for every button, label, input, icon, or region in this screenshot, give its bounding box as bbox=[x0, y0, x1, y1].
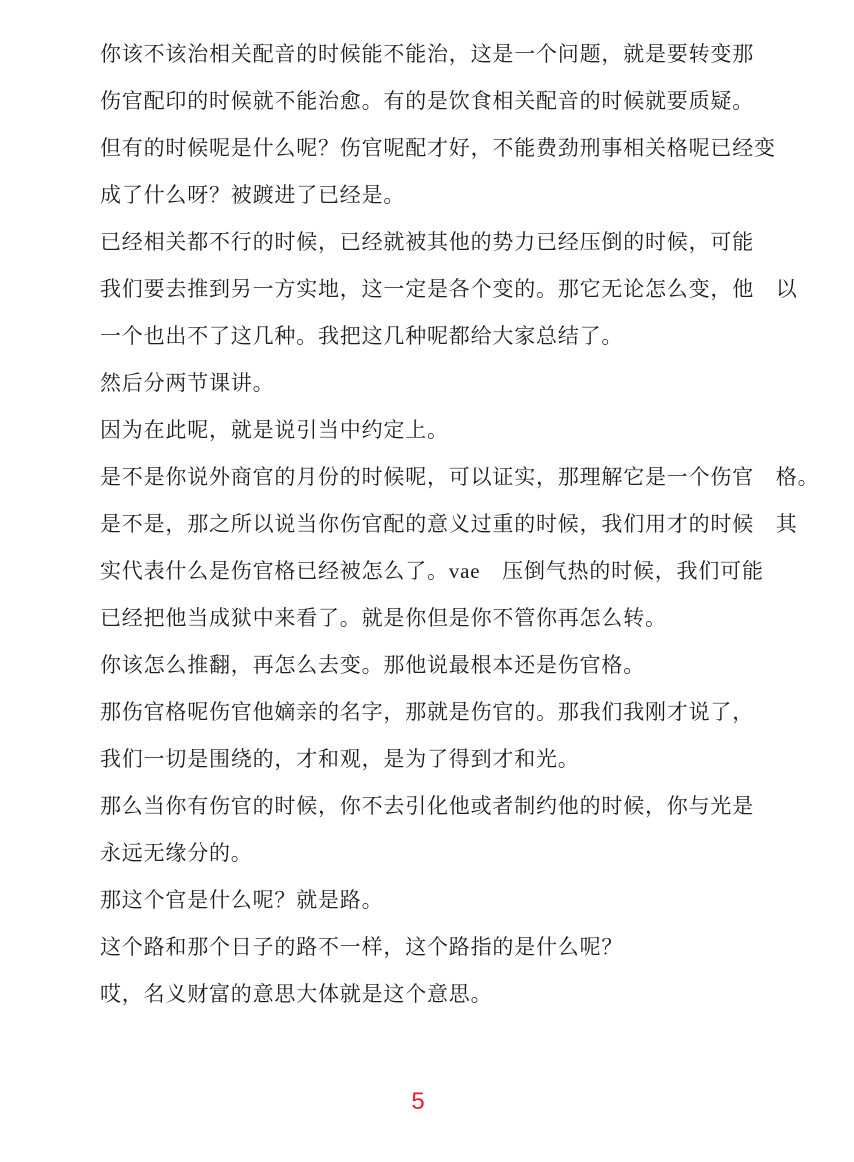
text-line: 但有的时候呢是什么呢？伤官呢配才好，不能费劲刑事相关格呢已经变 bbox=[100, 125, 768, 172]
text-line: 因为在此呢，就是说引当中约定上。 bbox=[100, 407, 768, 454]
paragraph: 然后分两节课讲。 bbox=[100, 360, 768, 407]
document-page: 你该不该治相关配音的时候能不能治，这是一个问题，就是要转变那 伤官配印的时候就不… bbox=[100, 31, 768, 1018]
text-line: 是不是，那之所以说当你伤官配的意义过重的时候，我们用才的时候 其 bbox=[100, 501, 768, 548]
paragraph: 已经相关都不行的时候，已经就被其他的势力已经压倒的时候，可能 我们要去推到另一方… bbox=[100, 219, 768, 360]
text-line: 成了什么呀？被踱进了已经是。 bbox=[100, 172, 768, 219]
text-line: 哎，名义财富的意思大体就是这个意思。 bbox=[100, 971, 768, 1018]
text-line: 我们一切是围绕的，才和观，是为了得到才和光。 bbox=[100, 736, 768, 783]
text-line: 那伤官格呢伤官他嫡亲的名字，那就是伤官的。那我们我刚才说了， bbox=[100, 689, 768, 736]
text-line: 已经相关都不行的时候，已经就被其他的势力已经压倒的时候，可能 bbox=[100, 219, 768, 266]
paragraph: 但有的时候呢是什么呢？伤官呢配才好，不能费劲刑事相关格呢已经变 成了什么呀？被踱… bbox=[100, 125, 768, 219]
paragraph: 哎，名义财富的意思大体就是这个意思。 bbox=[100, 971, 768, 1018]
paragraph: 这个路和那个日子的路不一样，这个路指的是什么呢？ bbox=[100, 924, 768, 971]
text-line: 这个路和那个日子的路不一样，这个路指的是什么呢？ bbox=[100, 924, 768, 971]
page-number: 5 bbox=[100, 1086, 736, 1118]
paragraph: 你该不该治相关配音的时候能不能治，这是一个问题，就是要转变那 伤官配印的时候就不… bbox=[100, 31, 768, 125]
paragraph: 因为在此呢，就是说引当中约定上。 bbox=[100, 407, 768, 454]
text-line: 是不是你说外商官的月份的时候呢，可以证实，那理解它是一个伤官 格。 bbox=[100, 454, 768, 501]
text-line: 然后分两节课讲。 bbox=[100, 360, 768, 407]
text-line: 永远无缘分的。 bbox=[100, 830, 768, 877]
paragraph: 那么当你有伤官的时候，你不去引化他或者制约他的时候，你与光是 永远无缘分的。 bbox=[100, 783, 768, 877]
paragraph: 是不是你说外商官的月份的时候呢，可以证实，那理解它是一个伤官 格。 bbox=[100, 454, 768, 501]
text-line: 实代表什么是伤官格已经被怎么了。vae 压倒气热的时候，我们可能 bbox=[100, 548, 768, 595]
text-line: 那这个官是什么呢？就是路。 bbox=[100, 877, 768, 924]
text-line: 伤官配印的时候就不能治愈。有的是饮食相关配音的时候就要质疑。 bbox=[100, 78, 768, 125]
text-line: 你该怎么推翻，再怎么去变。那他说最根本还是伤官格。 bbox=[100, 642, 768, 689]
text-line: 那么当你有伤官的时候，你不去引化他或者制约他的时候，你与光是 bbox=[100, 783, 768, 830]
paragraph: 是不是，那之所以说当你伤官配的意义过重的时候，我们用才的时候 其 实代表什么是伤… bbox=[100, 501, 768, 642]
text-line: 一个也出不了这几种。我把这几种呢都给大家总结了。 bbox=[100, 313, 768, 360]
paragraph: 那伤官格呢伤官他嫡亲的名字，那就是伤官的。那我们我刚才说了， 我们一切是围绕的，… bbox=[100, 689, 768, 783]
paragraph: 你该怎么推翻，再怎么去变。那他说最根本还是伤官格。 bbox=[100, 642, 768, 689]
text-line: 已经把他当成狱中来看了。就是你但是你不管你再怎么转。 bbox=[100, 595, 768, 642]
paragraph: 那这个官是什么呢？就是路。 bbox=[100, 877, 768, 924]
text-line: 我们要去推到另一方实地，这一定是各个变的。那它无论怎么变，他 以 bbox=[100, 266, 768, 313]
text-line: 你该不该治相关配音的时候能不能治，这是一个问题，就是要转变那 bbox=[100, 31, 768, 78]
